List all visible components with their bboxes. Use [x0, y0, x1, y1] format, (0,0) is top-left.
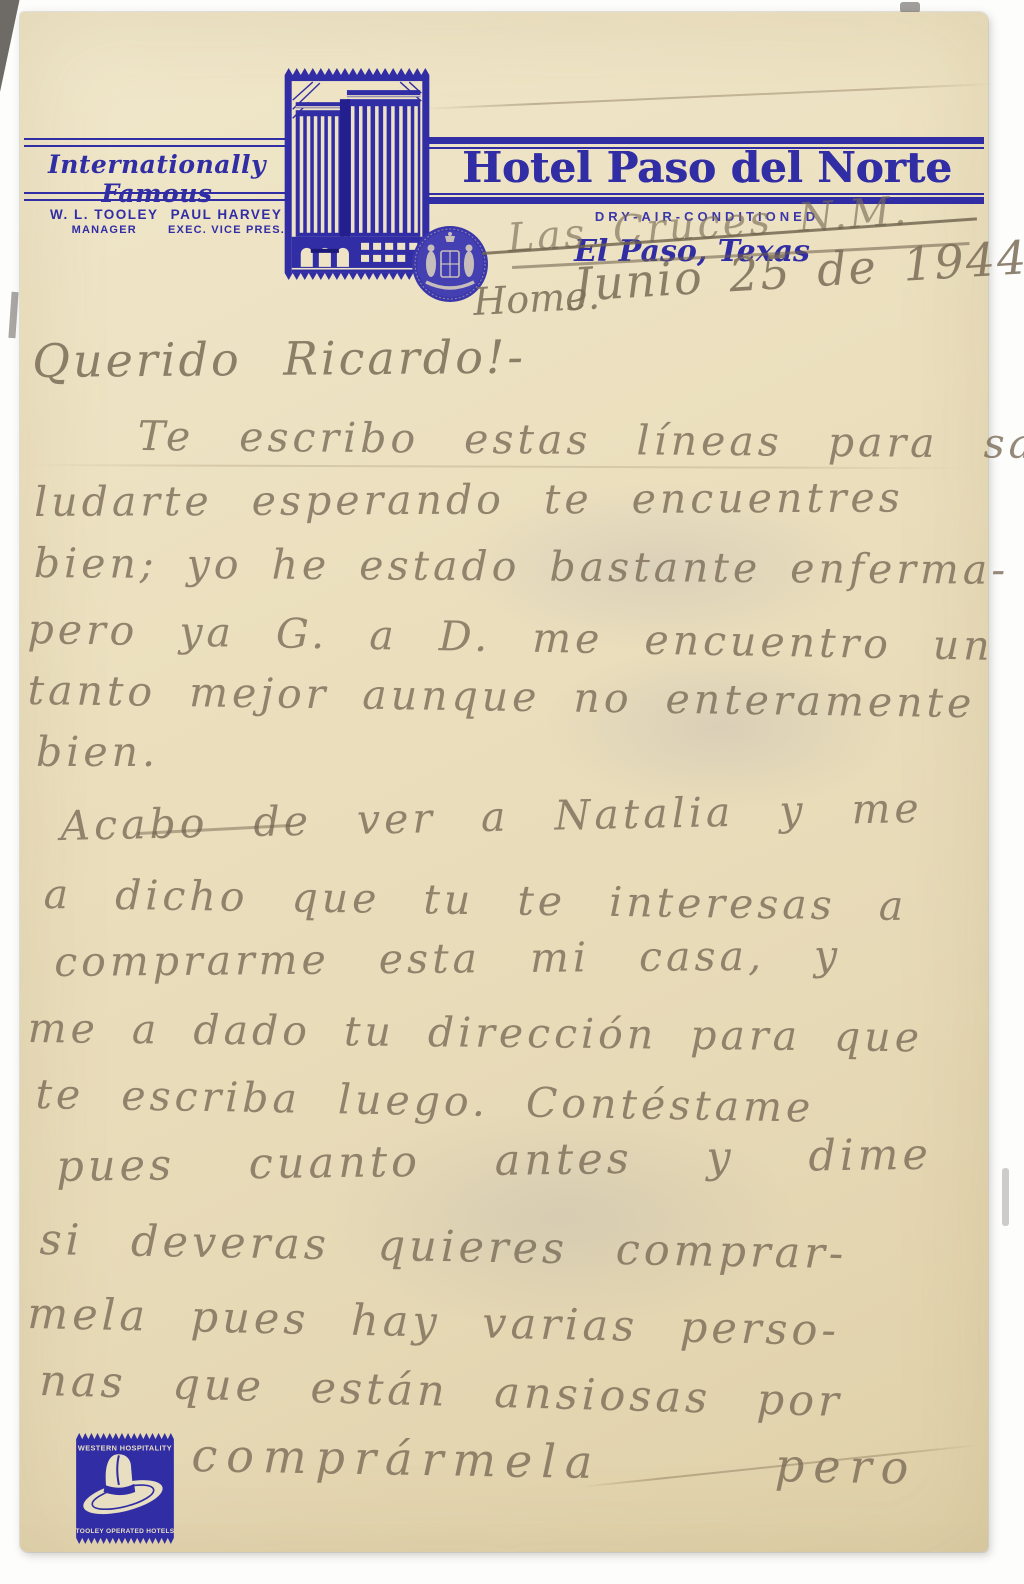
scan-artifact — [1002, 1168, 1009, 1226]
handwriting-line: bien. — [36, 728, 159, 776]
handwriting-line: bien; yo he estado bastante enferma- — [34, 539, 1010, 594]
handwriting-line: te escriba luego. Contéstame — [35, 1070, 815, 1132]
scanned-letter-page: Internationally Famous W. L. TOOLEY MANA… — [0, 0, 1024, 1584]
officer-name: W. L. TOOLEY — [50, 207, 159, 222]
officer-title: MANAGER — [50, 224, 159, 236]
stamp-bottom-label: TOOLEY OPERATED HOTELS — [76, 1528, 175, 1535]
handwriting-line: pues cuanto antes y dime — [56, 1130, 932, 1192]
letterhead-rule-line — [24, 145, 286, 147]
handwriting-line: ludarte esperando te encuentres — [34, 473, 904, 526]
handwriting-line: me a dado tu dirección para que — [27, 1004, 923, 1061]
handwriting-line: comprarme esta mi casa, y — [54, 931, 841, 986]
paper-crease — [420, 83, 995, 110]
stamp-top-label: WESTERN HOSPITALITY — [78, 1443, 172, 1452]
tagline-script: Internationally Famous — [28, 150, 286, 208]
letter-paper: Internationally Famous W. L. TOOLEY MANA… — [20, 12, 988, 1552]
handwriting-line: a dicho que tu te interesas a — [43, 870, 907, 930]
letterhead-rule-line — [24, 138, 286, 140]
salutation: Querido Ricardo!- — [32, 330, 526, 388]
handwriting-line: comprármela pero — [191, 1428, 918, 1495]
scan-artifact — [8, 292, 18, 338]
officer-block: W. L. TOOLEY MANAGER — [50, 207, 159, 236]
officer-title: EXEC. VICE PRES. — [168, 224, 285, 236]
officer-name: PAUL HARVEY — [168, 207, 285, 222]
handwriting-line: Acabo de ver a Natalia y me — [60, 784, 923, 850]
hotel-name: Hotel Paso del Norte — [434, 145, 980, 191]
western-hospitality-stamp: WESTERN HOSPITALITY TOOLEY OPERATED HOTE… — [74, 1432, 176, 1546]
handwriting-line: Te escribo estas líneas para sa- — [138, 412, 1024, 468]
officer-block: PAUL HARVEY EXEC. VICE PRES. — [168, 207, 285, 236]
handwriting-line: nas que están ansiosas por — [39, 1356, 844, 1427]
